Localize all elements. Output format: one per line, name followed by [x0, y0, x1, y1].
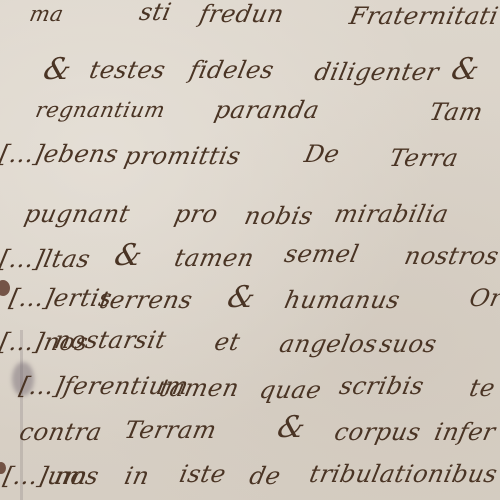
- word: De: [302, 140, 342, 168]
- word: semel: [282, 240, 362, 268]
- word: &: [274, 410, 309, 445]
- word: contra: [17, 418, 105, 446]
- word: tamen: [157, 374, 242, 402]
- word: Terra: [387, 144, 461, 172]
- word: fredun: [197, 0, 287, 28]
- word: ma: [27, 2, 66, 26]
- word: fideles: [187, 56, 277, 84]
- word: angelos: [277, 330, 380, 358]
- word: nobis: [242, 202, 316, 230]
- word: humanus: [282, 286, 403, 314]
- word: [...]ltas: [0, 245, 93, 273]
- word: corpus: [332, 418, 423, 446]
- manuscript-page: ma sti fredun Fraternitati & testes fide…: [0, 0, 500, 500]
- word: te: [467, 374, 498, 402]
- word: testes: [87, 56, 168, 84]
- word: scribis: [337, 372, 427, 400]
- word: &: [224, 280, 259, 315]
- word: Or: [467, 284, 500, 312]
- word: iste: [177, 460, 229, 488]
- word: nostar: [52, 326, 139, 354]
- word: suos: [377, 330, 439, 358]
- word: Tam: [427, 98, 486, 126]
- word: promittis: [122, 142, 243, 170]
- word: Terram: [122, 416, 219, 444]
- word: mirabilia: [332, 200, 451, 228]
- word: nos: [52, 462, 102, 490]
- word: pugnant: [22, 200, 133, 228]
- word: &: [111, 238, 146, 273]
- word: paranda: [212, 96, 322, 124]
- word: diligenter: [312, 58, 442, 86]
- word: Fraternitati: [347, 2, 500, 30]
- word: infer: [432, 418, 498, 446]
- word: regnantium: [33, 98, 167, 122]
- word: tamen: [172, 244, 257, 272]
- word: sti: [137, 0, 174, 26]
- word: pro: [172, 200, 221, 228]
- ink-blot: [0, 280, 10, 296]
- word: &: [448, 52, 483, 87]
- word: [...]ebens: [0, 140, 121, 168]
- word: in: [122, 462, 152, 490]
- word: quae: [257, 376, 324, 404]
- word: terrens: [97, 286, 195, 314]
- word: et: [212, 328, 243, 356]
- word: tribulationibus: [307, 460, 500, 488]
- word: de: [247, 462, 284, 490]
- word: sit: [132, 326, 169, 354]
- word: nostros: [402, 242, 500, 270]
- word: &: [40, 52, 75, 87]
